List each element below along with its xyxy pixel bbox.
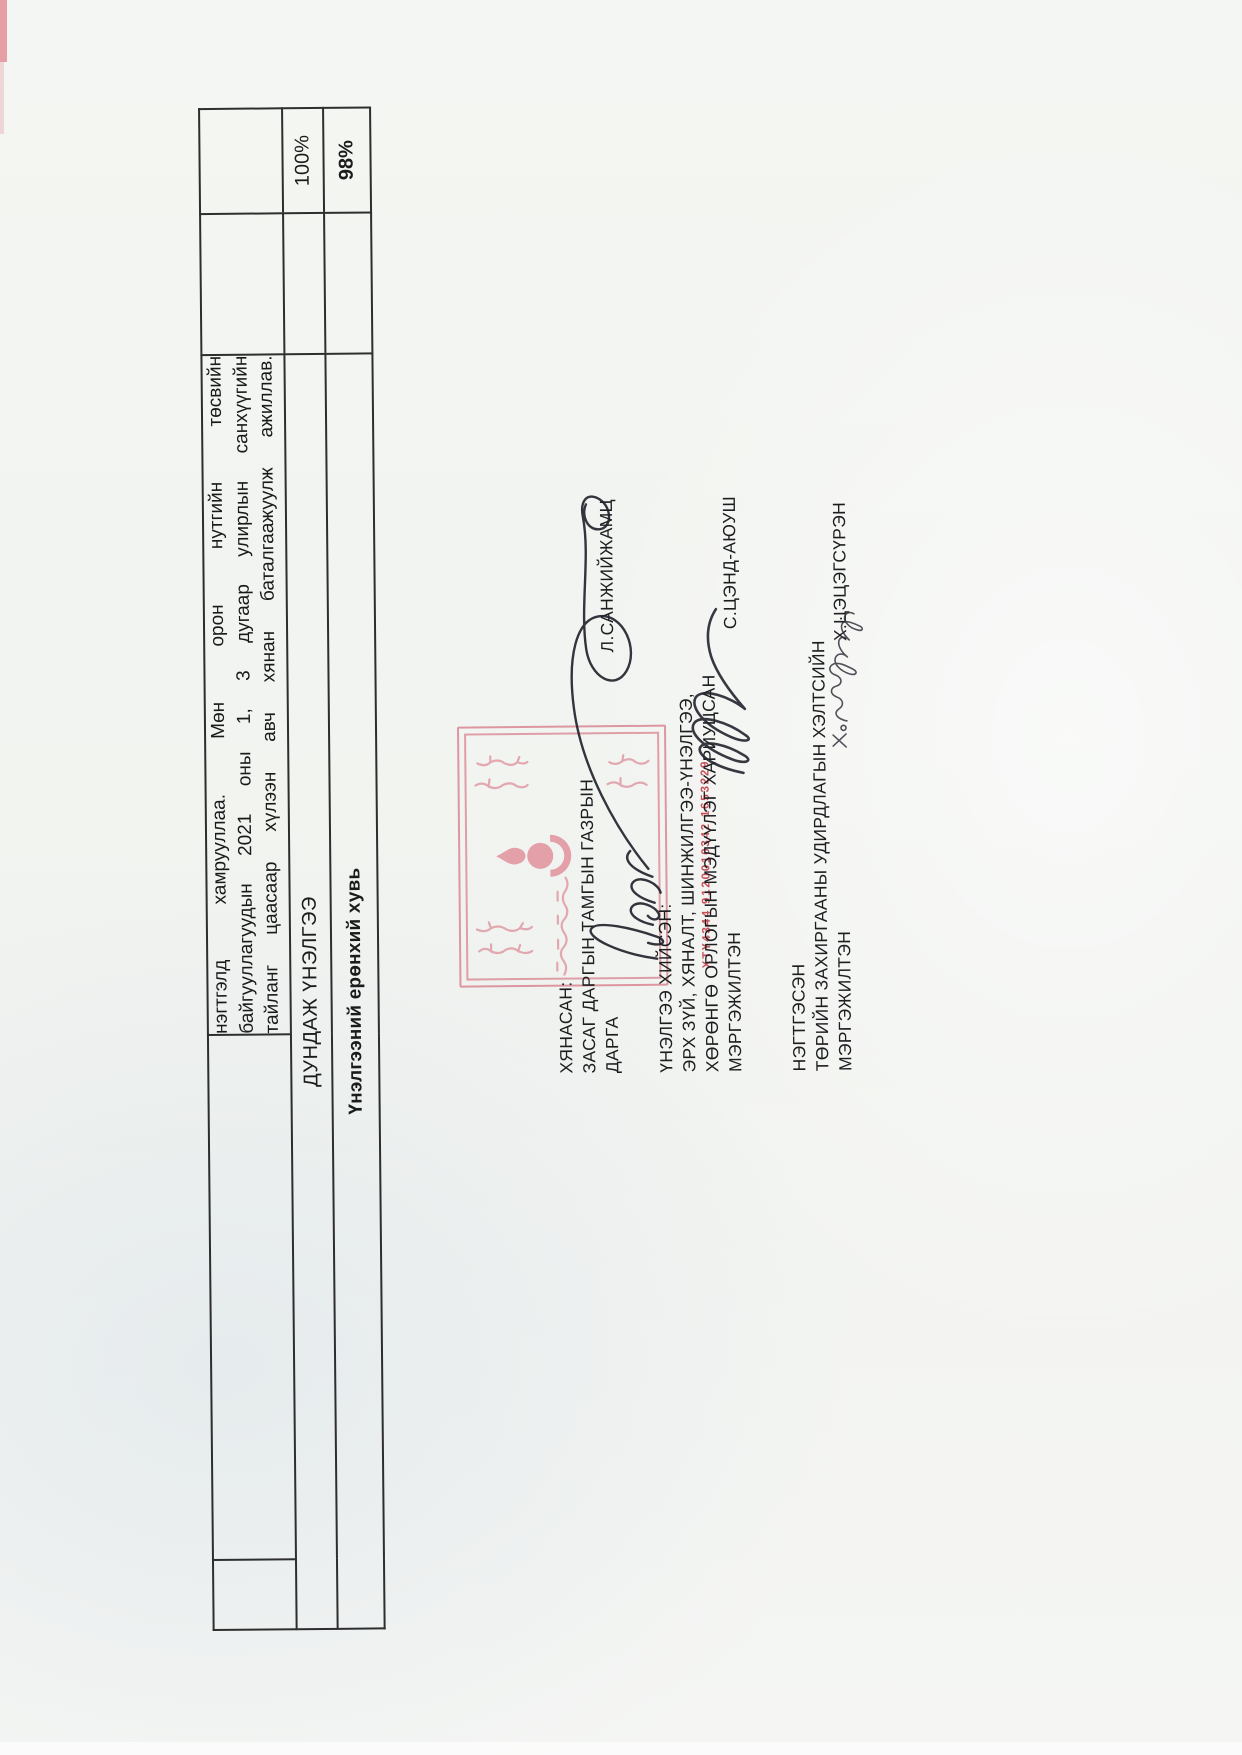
empty-cell (208, 1034, 296, 1560)
table-row: нэгтгэлд хамрууллаа. Мөн орон нутгийн тө… (199, 108, 297, 1630)
block-heading: ХЯНАСАН: (553, 779, 579, 1074)
scanned-document-page: { "document": { "kind": "scanned officia… (0, 0, 1242, 1755)
empty-cell (283, 213, 325, 354)
empty-cell (213, 1559, 297, 1630)
signer-name: Х.ЦЭЦЭГСҮРЭН (829, 502, 853, 802)
empty-cell (200, 213, 284, 355)
block-role: ДАРГА (599, 778, 625, 1073)
signer-name: Л.САНЖИЙЖАМЦ (596, 499, 620, 799)
report-paragraph-cell: нэгтгэлд хамрууллаа. Мөн орон нутгийн тө… (201, 354, 291, 1035)
rotated-document-content: нэгтгэлд хамрууллаа. Мөн орон нутгийн тө… (0, 0, 1242, 1755)
empty-cell (324, 212, 372, 353)
reviewed-by-block: ХЯНАСАН: ЗАСАГ ДАРГЫН ТАМГЫН ГАЗРЫН ДАРГ… (553, 778, 625, 1073)
overall-percentage-value: 98% (323, 107, 371, 212)
average-evaluation-value: 100% (282, 108, 324, 213)
empty-cell (199, 108, 283, 214)
evaluation-table: нэгтгэлд хамрууллаа. Мөн орон нутгийн тө… (198, 106, 386, 1631)
paragraph-line: тайланг цаасаар хүлээн авч хянан баталга… (253, 355, 285, 1033)
signer-name: С.ЦЭНД-АЮУШ (719, 496, 743, 796)
block-line: ЗАСАГ ДАРГЫН ТАМГЫН ГАЗРЫН (576, 779, 602, 1074)
